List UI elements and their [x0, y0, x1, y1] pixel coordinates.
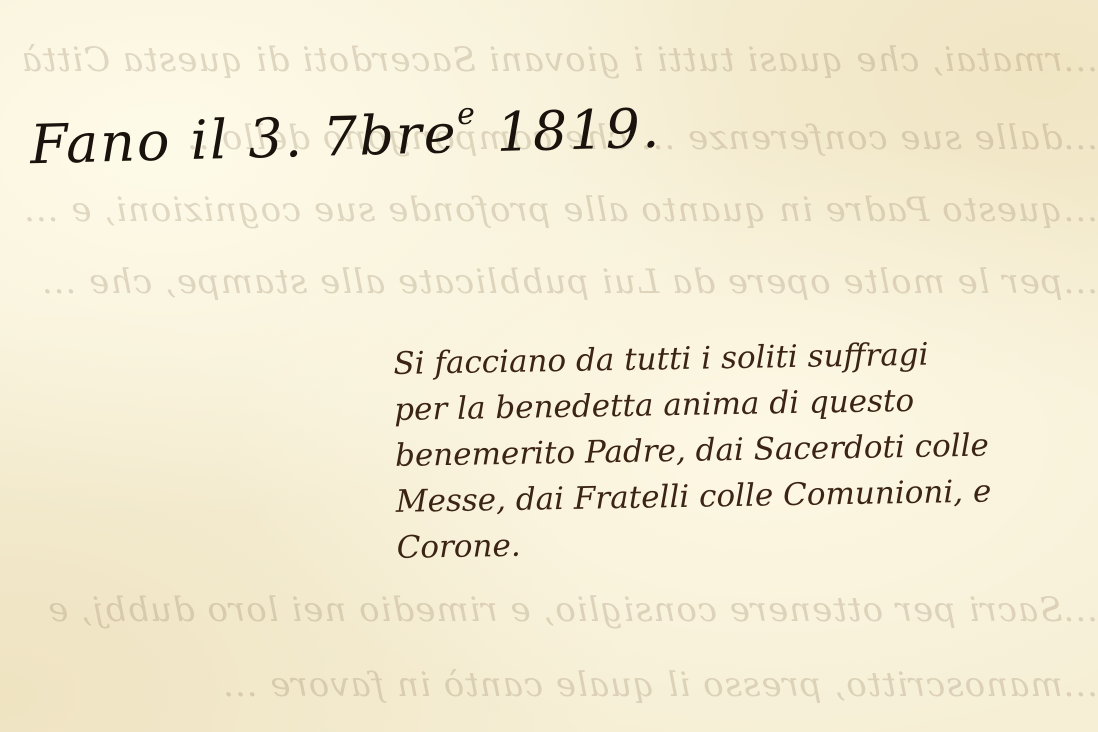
date-year: 1819. — [496, 97, 662, 164]
date-text: Fano il 3. 7bre — [29, 102, 458, 176]
bleed-through-line: ...manoscritto, presso il quale cantò in… — [0, 665, 1098, 705]
bleed-through-line: ...per le molte opere da Lui pubblicate … — [0, 262, 1098, 302]
date-line: Fano il 3. 7bree 1819. — [29, 92, 662, 176]
bleed-through-line: ...questo Padre in quanto alle profonde … — [0, 190, 1098, 230]
bleed-through-line: ...rmatai, che quasi tutti i giovani Sac… — [0, 40, 1098, 80]
date-superscript: e — [457, 97, 478, 133]
bleed-through-line: ...Sacri per ottenere consiglio, e rimed… — [0, 590, 1098, 630]
manuscript-page: ...rmatai, che quasi tutti i giovani Sac… — [0, 0, 1098, 732]
handwritten-note: Si facciano da tutti i soliti suffragi p… — [393, 329, 1077, 571]
